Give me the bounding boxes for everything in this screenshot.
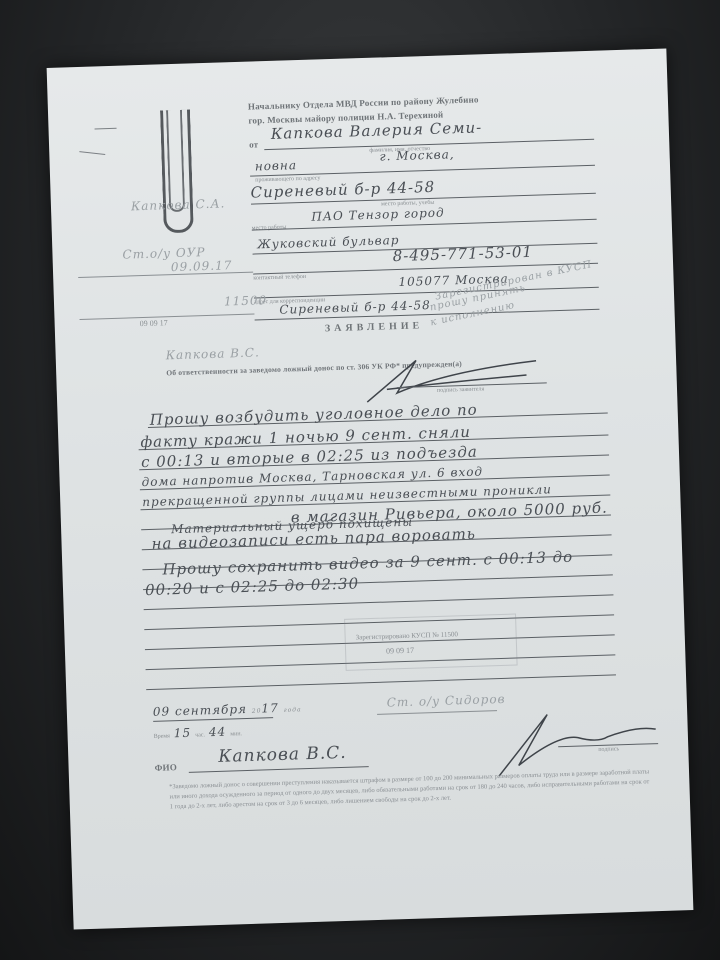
addressee-line-1: Начальнику Отдела МВД России по району Ж… — [248, 94, 479, 111]
time-min: 44 — [209, 725, 227, 740]
underline — [254, 287, 599, 299]
date-year-prefix: 20 — [252, 708, 262, 715]
date-month: сентября — [175, 702, 247, 718]
from-prefix: от — [249, 139, 259, 149]
stamp-text: Зарегистрировано КУСП № 11500 — [356, 630, 458, 641]
pen-mark — [95, 128, 117, 130]
applicant-name-cont: новна — [255, 158, 298, 173]
officer-signature-caption: подпись — [598, 746, 619, 753]
fio-value: Капкова В.С. — [218, 743, 347, 767]
phone-field: 8-495-771-53-01 — [392, 243, 533, 265]
stamp-date: 09 09 17 — [386, 646, 414, 656]
registration-date: 09 09 17 — [140, 318, 168, 328]
work-line-1: ПАО Тензор город — [311, 206, 445, 224]
fio-label: ФИО — [154, 762, 177, 773]
statement-line-9: Прошу сохранить видео за 9 сент. с 00:13… — [162, 548, 573, 579]
date-field: 09 сентября 2017 года — [153, 700, 302, 719]
underline — [252, 219, 597, 231]
registration-number: 11500 — [224, 293, 268, 308]
document-title: ЗАЯВЛЕНИЕ — [325, 320, 424, 334]
accepted-by: Ст. о/у Сидоров — [386, 692, 505, 710]
date-year: 17 — [261, 701, 279, 716]
time-field: Время 15 час. 44 мин. — [153, 722, 242, 743]
underline — [250, 165, 595, 177]
registration-stamp: Зарегистрировано КУСП № 11500 09 09 17 — [344, 613, 518, 670]
caption-phone: контактный телефон — [253, 274, 306, 282]
date-suffix: года — [284, 706, 302, 714]
left-note-1: Капкова С.А. — [131, 196, 226, 213]
underline — [377, 710, 497, 715]
date-day: 09 — [153, 704, 171, 719]
divider — [78, 272, 253, 278]
address-city: г. Москва, — [379, 147, 454, 163]
pen-mark — [79, 151, 105, 155]
time-hour-label: час. — [195, 732, 205, 738]
warning-initials: Капкова В.С. — [165, 345, 260, 362]
legal-footnote: *Заведомо ложный донос о совершении прес… — [169, 767, 650, 812]
applicant-signature-icon — [356, 348, 557, 404]
time-label: Время — [154, 733, 170, 740]
time-hour: 15 — [174, 726, 192, 741]
underline — [189, 766, 369, 773]
ruled-line — [146, 674, 616, 690]
statement-form-paper: Начальнику Отдела МВД России по району Ж… — [47, 48, 694, 929]
time-min-label: мин. — [230, 731, 242, 737]
